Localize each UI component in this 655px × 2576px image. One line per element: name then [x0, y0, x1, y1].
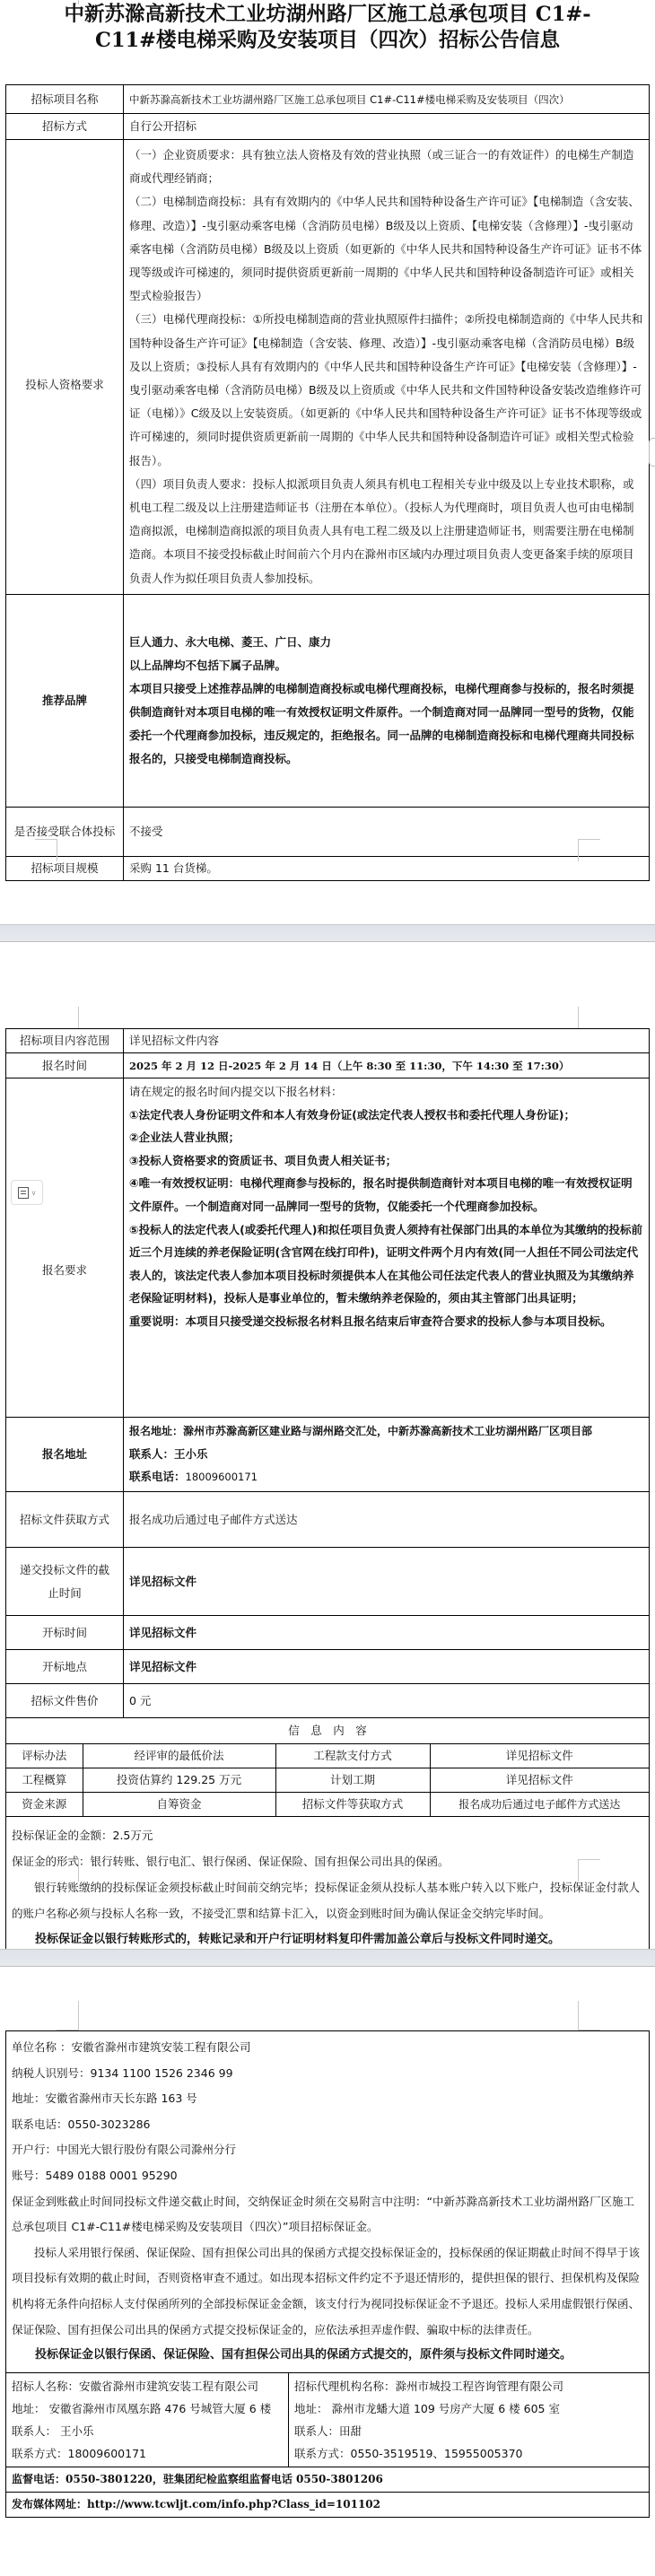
row-label: 招标方式: [6, 114, 124, 140]
row-value: 采购 11 台货梯。: [124, 857, 650, 881]
qualification-paragraph: （三）电梯代理商投标：①所投电梯制造商的营业执照原件扫描件；②所投电梯制造商的《…: [129, 308, 643, 472]
qualification-requirements: （一）企业资质要求：具有独立法人资格及有效的营业执照（或三证合一的有效证件）的电…: [124, 140, 650, 595]
row-label: 投标人资格要求: [6, 140, 124, 595]
table-layout-options-button[interactable]: ∨: [11, 1180, 43, 1205]
deposit-amount: 投标保证金的金额：2.5万元: [12, 1822, 643, 1848]
crop-mark: [57, 1007, 79, 1028]
account-number: 账号：5489 0188 0001 95290: [12, 2163, 643, 2189]
qualification-paragraph: （一）企业资质要求：具有独立法人资格及有效的营业执照（或三证合一的有效证件）的电…: [129, 144, 643, 190]
crop-mark: [578, 1007, 600, 1028]
crop-mark: [578, 2001, 600, 2030]
side-panel-tab[interactable]: [649, 438, 655, 467]
table-row: 是否接受联合体投标 不接受: [6, 808, 650, 857]
account-row: 单位名称 ：安徽省滁州市建筑安装工程有限公司 纳税人识别号：9134 1100 …: [6, 2031, 650, 2373]
row-label: 开标时间: [6, 1616, 124, 1650]
tender-info-table: 招标项目名称 中新苏滁高新技术工业坊湖州路厂区施工总承包项目 C1#-C11#楼…: [5, 84, 650, 881]
row-label: 是否接受联合体投标: [6, 808, 124, 857]
deposit-transfer-rules: 银行转账缴纳的投标保证金须投标截止时间前交纳完毕；投标保证金须从投标人基本账户转…: [12, 1874, 643, 1926]
tenderer-name: 招标人名称：安徽省滁州市建筑安装工程有限公司: [12, 2375, 283, 2397]
row-label: 招标项目规模: [6, 857, 124, 881]
page-1: 中新苏滁高新技术工业坊湖州路厂区施工总承包项目 C1#-C11#楼电梯采购及安装…: [0, 0, 655, 924]
table-row: 报名时间 2025 年 2 月 12 日-2025 年 2 月 14 日（上午 …: [6, 1053, 650, 1078]
info-cell: 投资估算约 129.25 万元: [83, 1768, 275, 1792]
deposit-row: 投标保证金的金额：2.5万元 保证金的形式：银行转账、银行电汇、银行保函、保证保…: [6, 1816, 649, 1958]
row-value: 报名成功后通过电子邮件方式送达: [124, 1492, 650, 1548]
info-cell: 报名成功后通过电子邮件方式送达: [430, 1792, 649, 1816]
info-cell: 工程款支付方式: [275, 1743, 430, 1768]
row-label: 报名时间: [6, 1053, 124, 1078]
registration-requirements: 请在规定的报名时间内提交以下报名材料： ①法定代表人身份证明文件和本人有效身份证…: [124, 1078, 650, 1418]
phone-line: 联系电话：18009600171: [129, 1465, 643, 1489]
tax-id: 纳税人识别号：9134 1100 1526 2346 99: [12, 2061, 643, 2087]
brands-policy: 本项目只接受上述推荐品牌的电梯制造商投标或电梯代理商投标，电梯代理商参与投标的，…: [129, 677, 643, 771]
info-content-cell: 信 息 内 容 评标办法 经评审的最低价法 工程款支付方式 详见招标文件 工程概…: [6, 1718, 650, 1959]
account-name: 单位名称 ：安徽省滁州市建筑安装工程有限公司: [12, 2035, 643, 2061]
deposit-cell: 投标保证金的金额：2.5万元 保证金的形式：银行转账、银行电汇、银行保函、保证保…: [6, 1816, 649, 1958]
requirement-item: ⑤投标人的法定代表人(或委托代理人)和拟任项目负责人须持有社保部门出具的本单位为…: [129, 1218, 643, 1310]
row-value: 中新苏滁高新技术工业坊湖州路厂区施工总承包项目 C1#-C11#楼电梯采购及安装…: [124, 85, 650, 114]
row-value: 自行公开招标: [124, 114, 650, 140]
row-value: 详见招标文件: [124, 1616, 650, 1650]
media-row: 发布媒体网址：http://www.tcwljt.com/info.php?Cl…: [6, 2492, 650, 2517]
agency-phone: 联系方式：0550-3519519、15955005370: [294, 2442, 643, 2465]
info-content-table: 信 息 内 容 评标办法 经评审的最低价法 工程款支付方式 详见招标文件 工程概…: [6, 1718, 649, 1958]
tenderer-address: 地址： 安徽省滁州市凤凰东路 476 号城管大厦 6 楼 联系人： 王小乐: [12, 2397, 283, 2442]
crop-mark: [57, 2001, 79, 2030]
crop-mark: [578, 1859, 600, 1882]
info-cell: 评标办法: [6, 1743, 83, 1768]
phone-number: 18009600171: [186, 1471, 258, 1483]
info-cell: 计划工期: [275, 1768, 430, 1792]
contacts-row: 招标人名称：安徽省滁州市建筑安装工程有限公司 地址： 安徽省滁州市凤凰东路 47…: [6, 2372, 650, 2467]
chevron-down-icon: ∨: [31, 1189, 37, 1197]
info-cell: 详见招标文件: [430, 1768, 649, 1792]
table-layout-icon: [18, 1187, 29, 1199]
info-header-row: 信 息 内 容: [6, 1718, 649, 1743]
crop-mark: [35, 839, 57, 861]
row-label: 开标地点: [6, 1650, 124, 1684]
page-3: 单位名称 ：安徽省滁州市建筑安装工程有限公司 纳税人识别号：9134 1100 …: [0, 1967, 655, 2576]
requirements-intro: 请在规定的报名时间内提交以下报名材料：: [129, 1080, 643, 1104]
page-break: [0, 1949, 655, 1967]
address-line: 报名地址：滁州市苏滁高新区建业路与湖州路交汇处，中新苏滁高新技术工业坊湖州路厂区…: [129, 1420, 643, 1443]
account-address: 地址：安徽省滁州市天长东路 163 号: [12, 2086, 643, 2112]
brands-list: 巨人通力、永大电梯、菱王、广日、康力: [129, 631, 643, 654]
qualification-paragraph: （二）电梯制造商投标：具有有效期内的《中华人民共和国特种设备生产许可证》【电梯制…: [129, 190, 643, 308]
crop-mark: [57, 1859, 79, 1882]
media-url[interactable]: 发布媒体网址：http://www.tcwljt.com/info.php?Cl…: [6, 2492, 650, 2517]
table-row: 招标项目内容范围 详见招标文件内容: [6, 1029, 650, 1053]
row-value: 0 元: [124, 1684, 650, 1718]
info-cell: 工程概算: [6, 1768, 83, 1792]
row-value: 不接受: [124, 808, 650, 857]
info-cell: 自筹资金: [83, 1792, 275, 1816]
agency-person: 联系人：田甜: [294, 2420, 643, 2442]
table-row: 招标方式 自行公开招标: [6, 114, 650, 140]
row-label: 招标项目名称: [6, 85, 124, 114]
guarantee-note: 投标保证金以银行保函、保证保险、国有担保公司出具的保函方式提交的，原件须与投标文…: [12, 2343, 643, 2369]
brands-note: 以上品牌均不包括下属子品牌。: [129, 654, 643, 677]
registration-time: 2025 年 2 月 12 日-2025 年 2 月 14 日（上午 8:30 …: [124, 1053, 650, 1078]
table-row: 报名要求 请在规定的报名时间内提交以下报名材料： ①法定代表人身份证明文件和本人…: [6, 1078, 650, 1418]
account-phone: 联系电话：0550-3023286: [12, 2112, 643, 2138]
tenderer-phone: 联系方式：18009600171: [12, 2442, 283, 2465]
row-label: 递交投标文件的截止时间: [6, 1548, 124, 1616]
table-row: 投标人资格要求 （一）企业资质要求：具有独立法人资格及有效的营业执照（或三证合一…: [6, 140, 650, 595]
row-label: 报名地址: [6, 1418, 124, 1492]
agency-address: 地址： 滁州市龙蟠大道 109 号房产大厦 6 楼 605 室: [294, 2397, 643, 2420]
table-row: 报名地址 报名地址：滁州市苏滁高新区建业路与湖州路交汇处，中新苏滁高新技术工业坊…: [6, 1418, 650, 1492]
info-cell: 资金来源: [6, 1792, 83, 1816]
table-row: 推荐品牌 巨人通力、永大电梯、菱王、广日、康力 以上品牌均不包括下属子品牌。 本…: [6, 595, 650, 808]
page-2: 招标项目内容范围 详见招标文件内容 报名时间 2025 年 2 月 12 日-2…: [0, 942, 655, 1949]
table-row: 递交投标文件的截止时间 详见招标文件: [6, 1548, 650, 1616]
important-note: 重要说明：本项目只接受递交投标报名材料且报名结束后审查符合要求的投标人参与本项目…: [129, 1310, 643, 1333]
requirement-item: ②企业法人营业执照；: [129, 1126, 643, 1149]
guarantee-rules: 投标人采用银行保函、保证保险、国有担保公司出具的保函方式提交投标保证金的，投标保…: [12, 2240, 643, 2343]
supervision-phone: 监督电话：0550-3801220，驻集团纪检监察组监督电话 0550-3801…: [6, 2467, 650, 2492]
deposit-deadline-note: 保证金到账截止时间同投标文件递交截止时间，交纳保证金时须在交易附言中注明：“中新…: [12, 2189, 643, 2240]
info-row: 评标办法 经评审的最低价法 工程款支付方式 详见招标文件: [6, 1743, 649, 1768]
contact-line: 联系人：王小乐: [129, 1443, 643, 1465]
supervision-row: 监督电话：0550-3801220，驻集团纪检监察组监督电话 0550-3801…: [6, 2467, 650, 2492]
row-value: 详见招标文件内容: [124, 1029, 650, 1053]
table-row: 招标文件获取方式 报名成功后通过电子邮件方式送达: [6, 1492, 650, 1548]
page-break: [0, 924, 655, 942]
phone-label: 联系电话：: [129, 1470, 186, 1483]
document-title: 中新苏滁高新技术工业坊湖州路厂区施工总承包项目 C1#-C11#楼电梯采购及安装…: [54, 2, 601, 54]
requirement-item: ③投标人资格要求的资质证书、项目负责人相关证书；: [129, 1149, 643, 1173]
row-label: 推荐品牌: [6, 595, 124, 808]
row-label: 招标项目内容范围: [6, 1029, 124, 1053]
tender-info-table-2: 招标项目内容范围 详见招标文件内容 报名时间 2025 年 2 月 12 日-2…: [5, 1028, 650, 1959]
row-value: 详见招标文件: [124, 1548, 650, 1616]
crop-mark: [578, 839, 600, 861]
table-row: 开标时间 详见招标文件: [6, 1616, 650, 1650]
table-row: 开标地点 详见招标文件: [6, 1650, 650, 1684]
account-cell: 单位名称 ：安徽省滁州市建筑安装工程有限公司 纳税人识别号：9134 1100 …: [6, 2031, 650, 2373]
info-row: 工程概算 投资估算约 129.25 万元 计划工期 详见招标文件: [6, 1768, 649, 1792]
table-row: 招标项目名称 中新苏滁高新技术工业坊湖州路厂区施工总承包项目 C1#-C11#楼…: [6, 85, 650, 114]
info-cell: 详见招标文件: [430, 1743, 649, 1768]
recommended-brands: 巨人通力、永大电梯、菱王、广日、康力 以上品牌均不包括下属子品牌。 本项目只接受…: [124, 595, 650, 808]
requirement-item: ④唯一有效授权证明：电梯代理商参与投标的，报名时提供制造商针对本项目电梯的唯一有…: [129, 1172, 643, 1218]
tenderer-contact: 招标人名称：安徽省滁州市建筑安装工程有限公司 地址： 安徽省滁州市凤凰东路 47…: [6, 2372, 289, 2467]
table-row: 招标文件售价 0 元: [6, 1684, 650, 1718]
row-label: 招标文件获取方式: [6, 1492, 124, 1548]
agency-contact: 招标代理机构名称：滁州市城投工程咨询管理有限公司 地址： 滁州市龙蟠大道 109…: [289, 2372, 650, 2467]
account-info-table: 单位名称 ：安徽省滁州市建筑安装工程有限公司 纳税人识别号：9134 1100 …: [5, 2030, 650, 2518]
requirement-item: ①法定代表人身份证明文件和本人有效身份证(或法定代表人授权书和委托代理人身份证)…: [129, 1104, 643, 1127]
bank-name: 开户行：中国光大银行股份有限公司滁州分行: [12, 2137, 643, 2163]
info-cell: 招标文件等获取方式: [275, 1792, 430, 1816]
info-header: 信 息 内 容: [6, 1718, 649, 1743]
row-label: 报名要求: [6, 1078, 124, 1418]
qualification-paragraph: （四）项目负责人要求：投标人拟派项目负责人须具有机电工程相关专业中级及以上专业技…: [129, 473, 643, 590]
info-row: 资金来源 自筹资金 招标文件等获取方式 报名成功后通过电子邮件方式送达: [6, 1792, 649, 1816]
deposit-forms: 保证金的形式：银行转账、银行电汇、银行保函、保证保险、国有担保公司出具的保函。: [12, 1848, 643, 1874]
row-value: 详见招标文件: [124, 1650, 650, 1684]
registration-address: 报名地址：滁州市苏滁高新区建业路与湖州路交汇处，中新苏滁高新技术工业坊湖州路厂区…: [124, 1418, 650, 1492]
row-label: 招标文件售价: [6, 1684, 124, 1718]
info-cell: 经评审的最低价法: [83, 1743, 275, 1768]
table-row: 招标项目规模 采购 11 台货梯。: [6, 857, 650, 881]
agency-name: 招标代理机构名称：滁州市城投工程咨询管理有限公司: [294, 2375, 643, 2397]
table-row: 信 息 内 容 评标办法 经评审的最低价法 工程款支付方式 详见招标文件 工程概…: [6, 1718, 650, 1959]
